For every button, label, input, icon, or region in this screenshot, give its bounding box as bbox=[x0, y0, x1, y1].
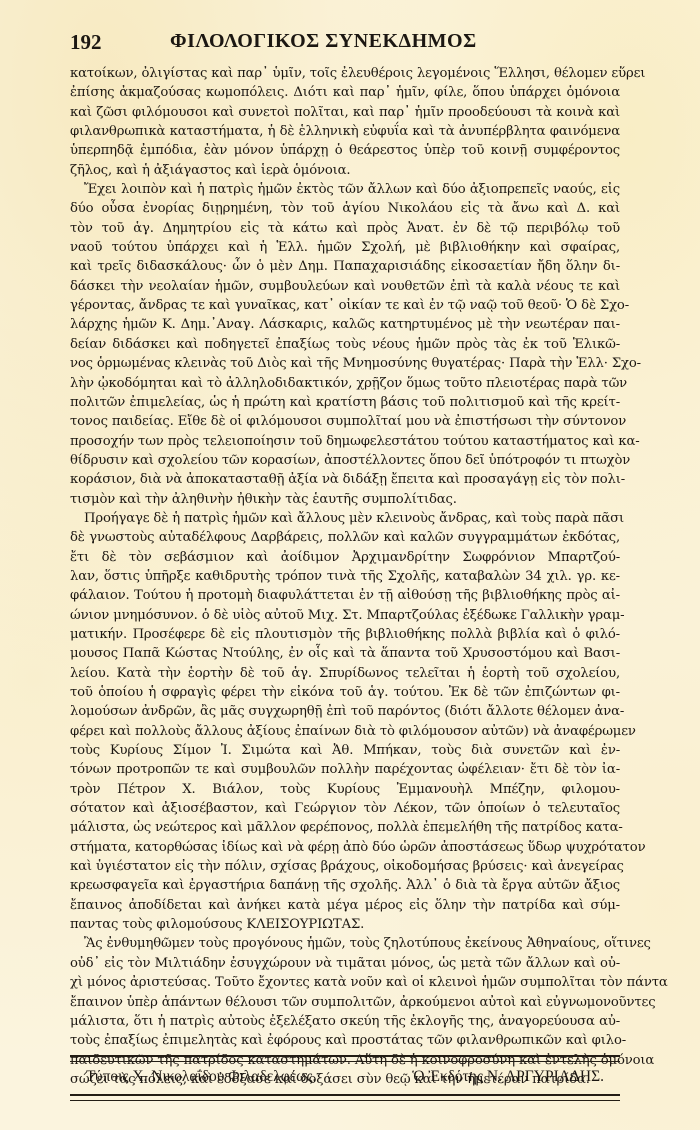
text-line: μάλιστα, ὅτι ἡ πατρὶς αὐτοὺς ἐξελέξατο σ… bbox=[70, 1012, 620, 1031]
text-line: κοράσιον, διὰ νὰ ἀποκατασταθῇ ἀξία νὰ δι… bbox=[70, 470, 620, 489]
text-line: καὶ τρεῖς διδασκάλους· ὧν ὁ μὲν Δημ. Παπ… bbox=[70, 257, 620, 276]
text-line: δύο οὖσα ἐνορίας διῃρημένη, τὸν τοῦ ἁγίο… bbox=[70, 199, 620, 218]
text-line: τισμὸν καὶ τὴν ἀληθινὴν ἠθικὴν τὰς ἑαυτῆ… bbox=[70, 490, 620, 509]
text-line: φάλαιον. Τούτου ἡ προτομὴ διαφυλάττεται … bbox=[70, 586, 620, 605]
printer-credit: Τύποις Χ. Νικολαΐδου Φιλαδελφέως. bbox=[86, 1068, 316, 1086]
text-line: φιλανθρωπικὰ καταστήματα, ἡ δὲ ἑλληνικὴ … bbox=[70, 122, 620, 141]
text-line: λείου. Κατὰ τὴν ἑορτὴν δὲ τοῦ ἁγ. Σπυρίδ… bbox=[70, 664, 620, 683]
text-line: καὶ ζῶσι φιλόμουσοι καὶ συνετοὶ πολῖται,… bbox=[70, 103, 620, 122]
text-line: νος ὁρμωμένας κλεινὰς τοῦ Διὸς καὶ τῆς Μ… bbox=[70, 354, 620, 373]
text-line: χὶ μόνος ἀριστεύσας. Τοῦτο ἔχοντες κατὰ … bbox=[70, 973, 620, 992]
text-line: δὲ γνωστοὺς αὐταδέλφους Δαρβάρεις, πολλῶ… bbox=[70, 528, 620, 547]
text-line: πολιτῶν ἐπιμελείας, ὡς ἡ πρώτη καὶ κρατί… bbox=[70, 393, 620, 412]
text-line: μουσος Παπᾶ Κώστας Ντούλης, ἐν οἷς καὶ τ… bbox=[70, 644, 620, 663]
text-line: δείαν διδάσκει καὶ ποδηγετεῖ ἐπαξίως τοὺ… bbox=[70, 335, 620, 354]
text-line: παντας τοὺς φιλομούσους ΚΛΕΙΣΟΥΡΙΩΤΑΣ. bbox=[70, 915, 620, 934]
text-line: στήματα, κατορθώσας ἰδίως καὶ νὰ φέρῃ ἀπ… bbox=[70, 838, 620, 857]
publisher-credit: Ὁ Ἐκδότης Ν. ΑΡΓΥΡΙΑΔΗΣ. bbox=[412, 1068, 604, 1086]
text-line: κατοίκων, ὀλιγίστας καὶ παρ᾿ ὑμῖν, τοῖς … bbox=[70, 64, 620, 83]
text-line: δάσκει τὴν νεολαίαν ἡμῶν, συμβουλεύων κα… bbox=[70, 277, 620, 296]
page-number: 192 bbox=[70, 30, 102, 55]
text-line: σότατον καὶ ἀξιοσέβαστον, καὶ Γεώργιον τ… bbox=[70, 799, 620, 818]
text-line: τόνων προτροπῶν τε καὶ συμβουλῶν πολλὴν … bbox=[70, 760, 620, 779]
text-line: τονος παιδείας. Εἴθε δὲ οἱ φιλόμουσοι συ… bbox=[70, 412, 620, 431]
footer-top-rule bbox=[70, 1055, 620, 1062]
text-line: λὴν ᾠκοδόμηται καὶ τὸ ἀλληλοδιδακτικόν, … bbox=[70, 374, 620, 393]
running-title: ΦΙΛΟΛΟΓΙΚΟΣ ΣΥΝΕΚΔΗΜΟΣ bbox=[170, 30, 477, 53]
text-line: τοῦ ὁποίου ἡ σφραγὶς φέρει τὴν εἰκόνα το… bbox=[70, 683, 620, 702]
text-line: καὶ ὑγιέστατον εἰς τὴν πόλιν, σχίσας βρά… bbox=[70, 857, 620, 876]
text-line: γέροντας, ἄνδρας τε καὶ γυναῖκας, κατ᾿ ο… bbox=[70, 296, 620, 315]
text-line: ώνιον μνημόσυνον. ὁ δὲ υἱὸς αὐτοῦ Μιχ. Σ… bbox=[70, 606, 620, 625]
text-line: Ἂς ἐνθυμηθῶμεν τοὺς προγόνους ἡμῶν, τοὺς… bbox=[70, 934, 620, 953]
text-line: λαν, ὅστις ὑπῆρξε καθιδρυτὴς τρόπον τινὰ… bbox=[70, 567, 620, 586]
text-line: οὐδ᾿ εἰς τὸν Μιλτιάδην ἐσυγχώρουν νὰ τιμ… bbox=[70, 954, 620, 973]
text-line: φέρει καὶ πολλοὺς ἄλλους ἀξίους ἐπαίνων … bbox=[70, 722, 620, 741]
text-line: μάλιστα, ὡς νεώτερος καὶ μᾶλλον φερέπονο… bbox=[70, 818, 620, 837]
text-line: προσοχήν των πρὸς τελειοποίησιν τοῦ δημω… bbox=[70, 432, 620, 451]
text-line: ναοῦ τούτου ὑπάρχει καὶ ἡ Ἑλλ. ἡμῶν Σχολ… bbox=[70, 238, 620, 257]
text-line: Ἔχει λοιπὸν καὶ ἡ πατρὶς ἡμῶν ἐκτὸς τῶν … bbox=[70, 180, 620, 199]
text-line: τὸν τοῦ ἁγ. Δημητρίου εἰς τὰ κάτω καὶ πρ… bbox=[70, 219, 620, 238]
footer-bottom-rule bbox=[70, 1094, 620, 1101]
text-line: ἔπαινον ὑπὲρ ἁπάντων θέλουσι τῶν συμπολι… bbox=[70, 993, 620, 1012]
text-line: ἔτι δὲ τὸν σεβάσμιον καὶ ἀοίδιμον Ἀρχιμα… bbox=[70, 548, 620, 567]
text-line: ματικήν. Προσέφερε δὲ εἰς πλουτισμὸν τῆς… bbox=[70, 625, 620, 644]
text-line: τρὸν Πέτρον Χ. Βιάλον, τοὺς Κυρίους Ἐμμα… bbox=[70, 780, 620, 799]
text-line: λάρχης ἡμῶν Κ. Δημ.᾿Αναγ. Λάσκαρις, καλῶ… bbox=[70, 315, 620, 334]
page-header: 192 ΦΙΛΟΛΟΓΙΚΟΣ ΣΥΝΕΚΔΗΜΟΣ bbox=[70, 30, 620, 56]
body-text: κατοίκων, ὀλιγίστας καὶ παρ᾿ ὑμῖν, τοῖς … bbox=[70, 64, 620, 1089]
text-line: λομούσων ἀνδρῶν, ἂς μᾶς συγχωρηθῇ ἐπὶ το… bbox=[70, 702, 620, 721]
text-line: τοὺς ἐπαξίως ἐπιμελητὰς καὶ ἐφόρους καὶ … bbox=[70, 1031, 620, 1050]
text-line: τοὺς Κυρίους Σίμον Ἰ. Σιμώτα καὶ Ἀθ. Μπή… bbox=[70, 741, 620, 760]
text-line: Προήγαγε δὲ ἡ πατρὶς ἡμῶν καὶ ἄλλους μὲν… bbox=[70, 509, 620, 528]
text-line: κρεωσφαγεῖα καὶ ἐργαστήρια δαπάνῃ τῆς σχ… bbox=[70, 876, 620, 895]
text-line: ἐπίσης ἀκμαζούσας κωμοπόλεις. Διότι καὶ … bbox=[70, 83, 620, 102]
page-footer: Τύποις Χ. Νικολαΐδου Φιλαδελφέως. Ὁ Ἐκδό… bbox=[70, 1068, 620, 1092]
text-line: θίδρυσιν καὶ σχολείου τῶν κορασίων, ἀποσ… bbox=[70, 451, 620, 470]
text-line: ζῆλος, καὶ ἡ ἀξιάγαστος καὶ ἱερὰ ὁμόνοια… bbox=[70, 161, 620, 180]
text-line: ἔπαινος ἀποδίδεται καὶ ἀνήκει κατὰ μέγα … bbox=[70, 896, 620, 915]
text-line: ὑπερπηδᾷ ἐμπόδια, ἐὰν μόνον ὑπάρχῃ ὁ θεά… bbox=[70, 141, 620, 160]
